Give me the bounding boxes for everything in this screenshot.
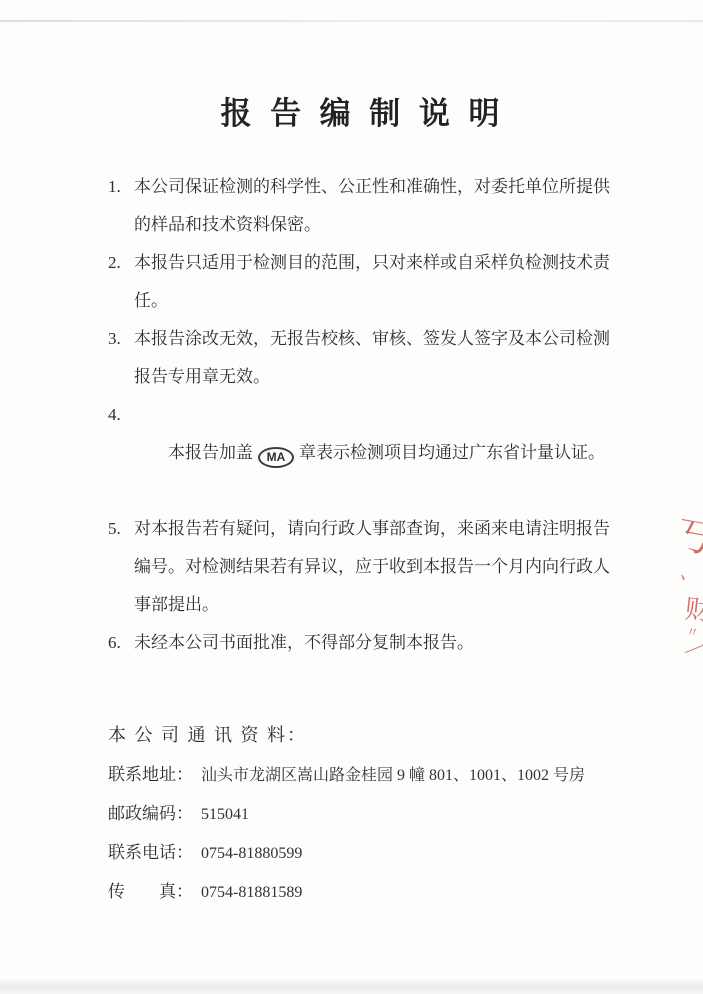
contact-heading: 本 公 司 通 讯 资 料： <box>108 722 648 748</box>
note-number: 6. <box>108 624 134 662</box>
red-seal-fragments: 丂 、 财 〃 一 <box>663 500 703 665</box>
contact-label: 联系地址： <box>108 765 193 784</box>
note-number: 4. <box>108 396 134 434</box>
contact-label: 邮政编码： <box>108 804 193 823</box>
seal-fragment: 一 <box>677 626 703 670</box>
contact-value: 汕头市龙湖区嵩山路金桂园 9 幢 801、1001、1002 号房 <box>201 767 585 784</box>
note-item-3: 3. 本报告涂改无效，无报告校核、审核、签发人签字及本公司检测 报告专用章无效。 <box>108 320 653 396</box>
note-text: 本公司保证检测的科学性、公正性和准确性，对委托单位所提供 的样品和技术资料保密。 <box>134 168 653 244</box>
note-number: 1. <box>108 168 134 206</box>
note-text: 本报告加盖MA章表示检测项目均通过广东省计量认证。 <box>134 396 653 510</box>
seal-fragment: 财 <box>683 587 703 629</box>
contact-value: 515041 <box>201 806 249 823</box>
note-text-after-mark: 章表示检测项目均通过广东省计量认证。 <box>299 443 605 462</box>
seal-fragment: 、 <box>678 558 702 588</box>
note-item-1: 1. 本公司保证检测的科学性、公正性和准确性，对委托单位所提供 的样品和技术资料… <box>108 168 653 244</box>
contact-row-postcode: 邮政编码：515041 <box>108 801 648 828</box>
note-item-5: 5. 对本报告若有疑问，请向行政人事部查询，来函来电请注明报告 编号。对检测结果… <box>108 510 653 624</box>
note-number: 3. <box>108 320 134 358</box>
scan-artifact-top-line <box>0 20 703 22</box>
contact-row-phone: 联系电话：0754-81880599 <box>108 840 648 867</box>
contact-label: 联系电话： <box>108 843 193 862</box>
contact-label: 传 真： <box>108 882 193 901</box>
note-number: 2. <box>108 244 134 282</box>
note-item-6: 6. 未经本公司书面批准，不得部分复制本报告。 <box>108 624 653 662</box>
note-item-4: 4. 本报告加盖MA章表示检测项目均通过广东省计量认证。 <box>108 396 653 510</box>
note-number: 5. <box>108 510 134 548</box>
contact-row-fax: 传 真：0754-81881589 <box>108 879 648 906</box>
seal-fragment: 〃 <box>686 622 699 641</box>
contact-value: 0754-81880599 <box>201 845 302 862</box>
contact-row-address: 联系地址：汕头市龙湖区嵩山路金桂园 9 幢 801、1001、1002 号房 <box>108 762 648 789</box>
notes-list: 1. 本公司保证检测的科学性、公正性和准确性，对委托单位所提供 的样品和技术资料… <box>108 168 653 662</box>
note-text-before-mark: 本报告加盖 <box>168 443 253 462</box>
note-text: 本报告涂改无效，无报告校核、审核、签发人签字及本公司检测 报告专用章无效。 <box>134 320 653 396</box>
contact-section: 本 公 司 通 讯 资 料： 联系地址：汕头市龙湖区嵩山路金桂园 9 幢 801… <box>108 722 648 918</box>
scan-artifact-bottom-shadow <box>0 978 703 994</box>
seal-fragment: 丂 <box>672 503 703 564</box>
cma-certification-mark-icon: MA <box>258 447 294 468</box>
note-text: 对本报告若有疑问，请向行政人事部查询，来函来电请注明报告 编号。对检测结果若有异… <box>134 510 653 624</box>
report-page: 报 告 编 制 说 明 1. 本公司保证检测的科学性、公正性和准确性，对委托单位… <box>0 0 703 994</box>
page-title: 报 告 编 制 说 明 <box>0 88 703 133</box>
note-text: 未经本公司书面批准，不得部分复制本报告。 <box>134 624 653 662</box>
note-item-2: 2. 本报告只适用于检测目的范围，只对来样或自采样负检测技术责 任。 <box>108 244 653 320</box>
contact-value: 0754-81881589 <box>201 884 302 901</box>
note-text: 本报告只适用于检测目的范围，只对来样或自采样负检测技术责 任。 <box>134 244 653 320</box>
